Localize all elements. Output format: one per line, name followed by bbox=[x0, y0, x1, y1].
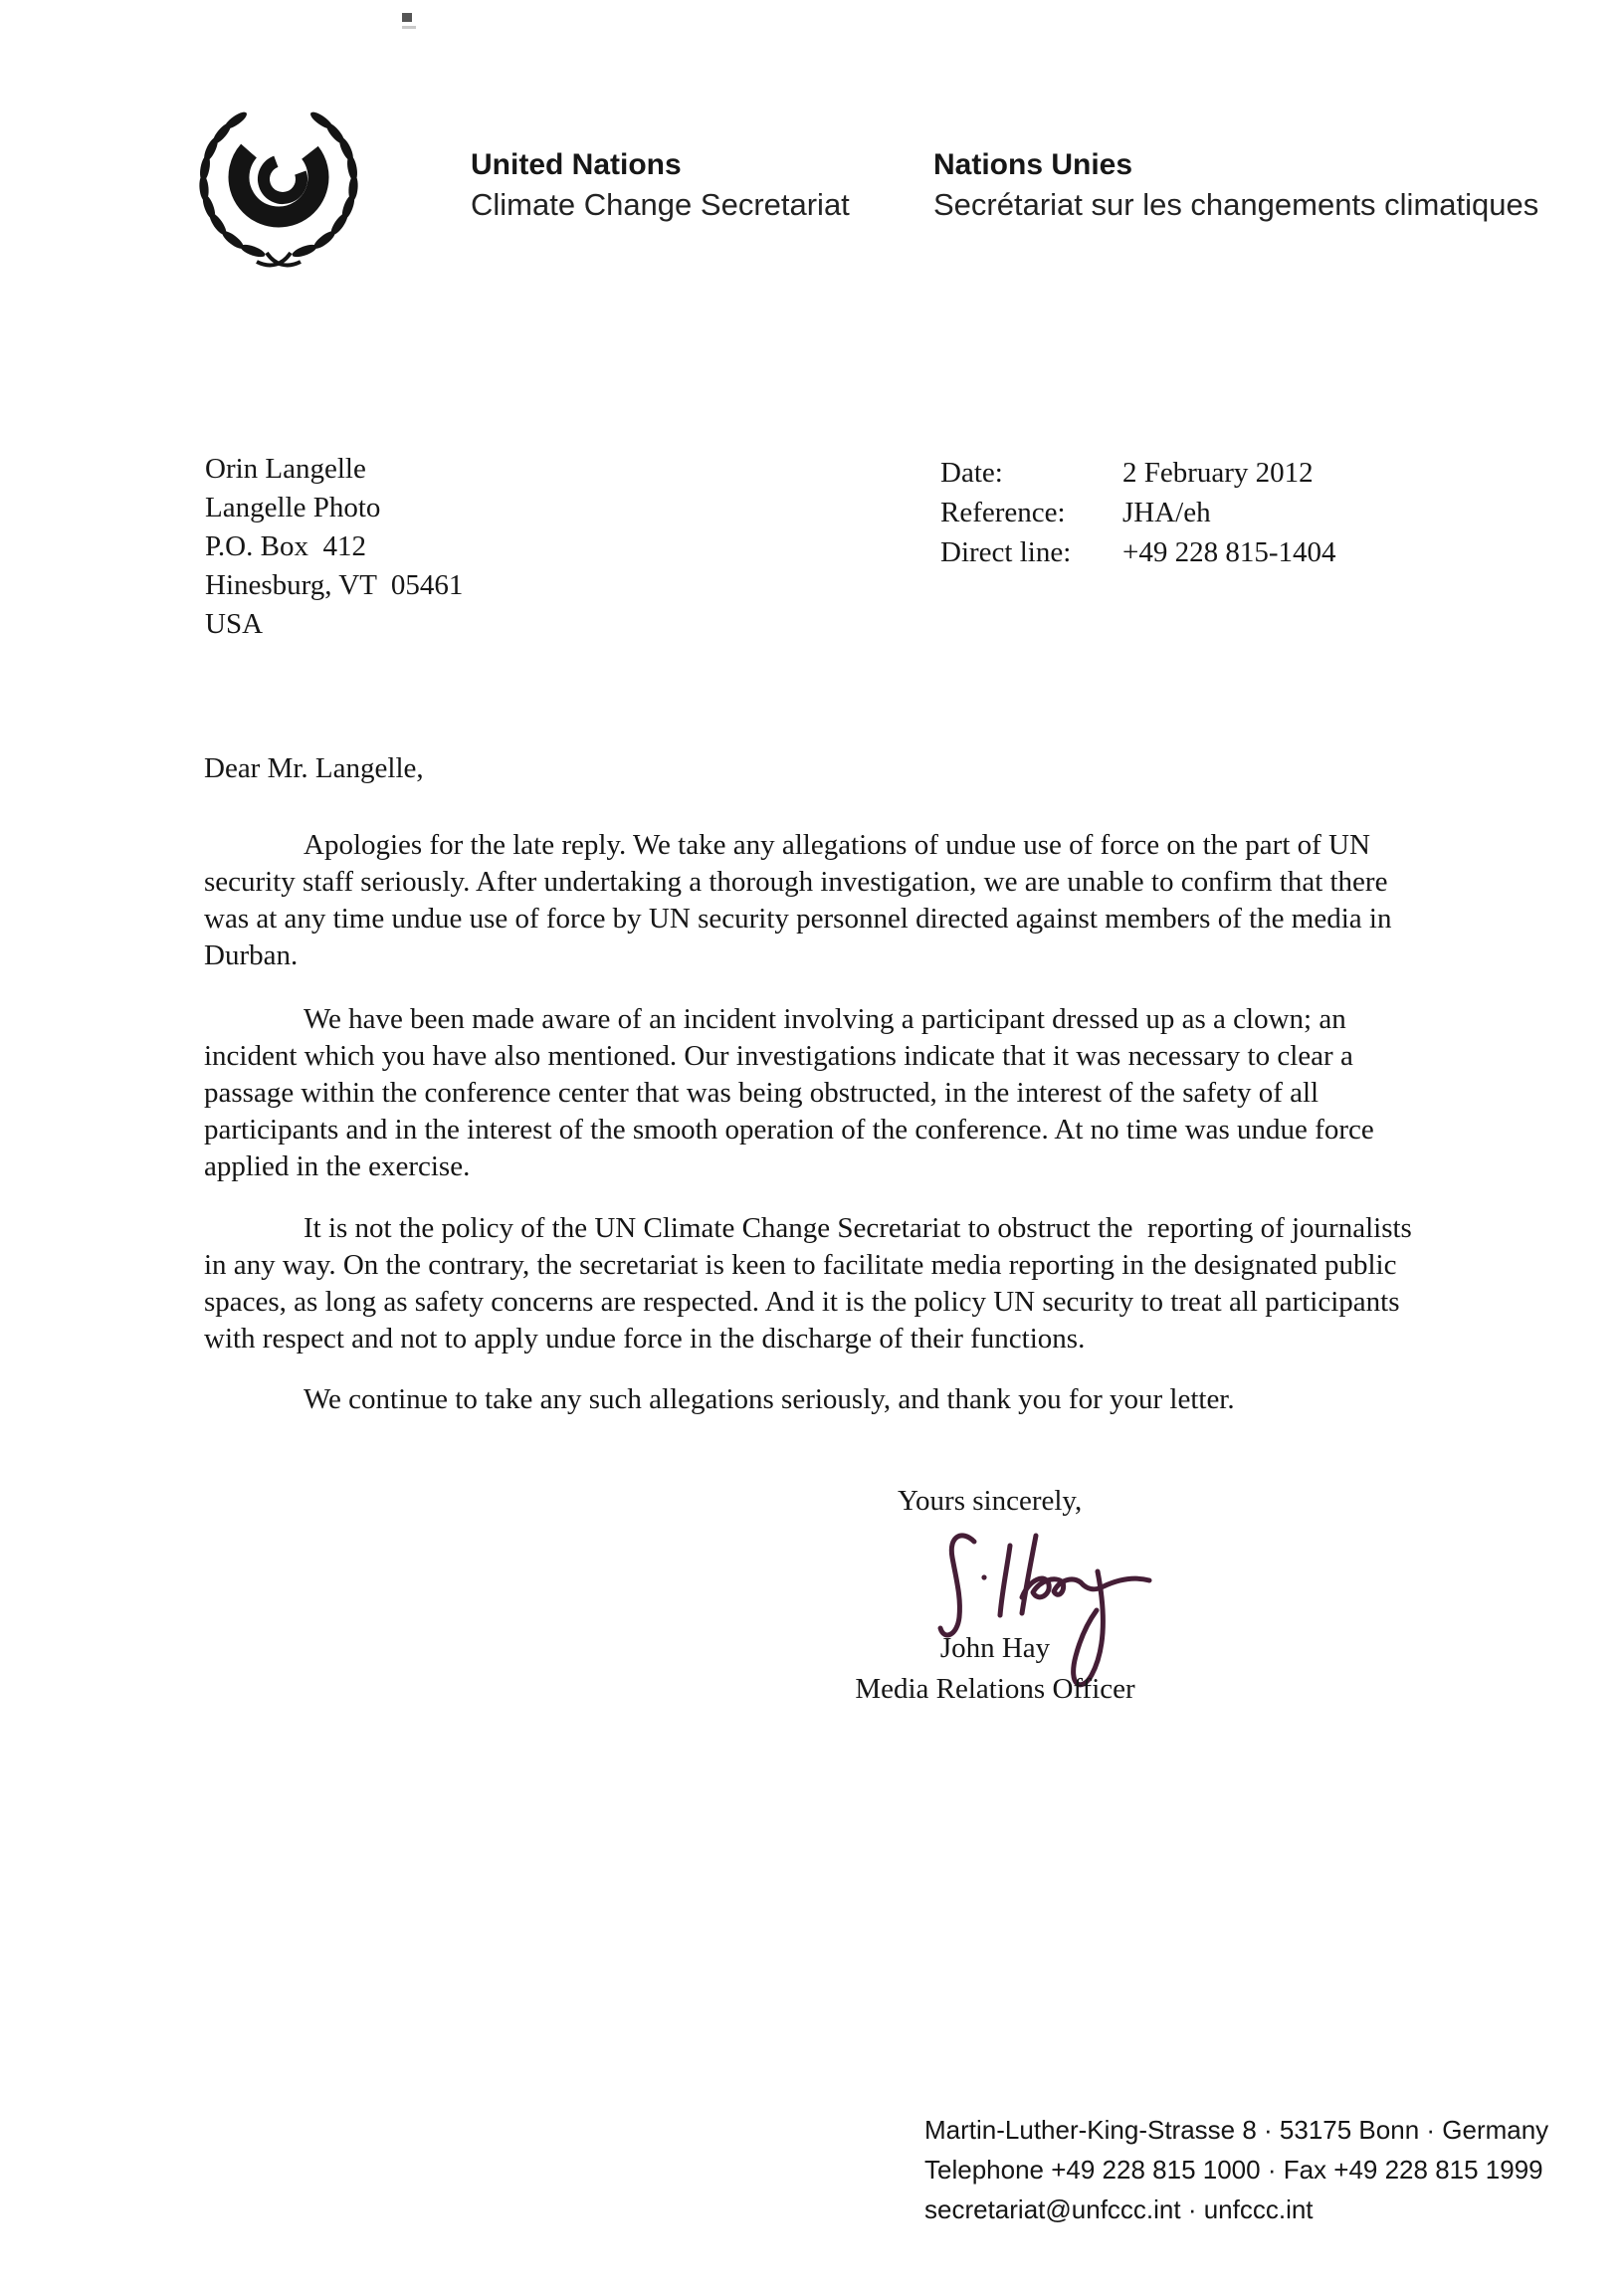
closing: Yours sincerely, bbox=[898, 1483, 1082, 1520]
meta-row-direct-line: Direct line: +49 228 815-1404 bbox=[940, 532, 1336, 572]
org-dept-fr: Secrétariat sur les changements climatiq… bbox=[933, 185, 1538, 225]
date-value: 2 February 2012 bbox=[1122, 453, 1314, 493]
scan-artifact bbox=[402, 26, 416, 29]
recipient-address: Orin Langelle Langelle Photo P.O. Box 41… bbox=[205, 450, 463, 644]
header-french: Nations Unies Secrétariat sur les change… bbox=[933, 145, 1538, 225]
letter-page: United Nations Climate Change Secretaria… bbox=[0, 0, 1624, 2293]
scan-artifact bbox=[402, 13, 412, 22]
signer-name: John Hay bbox=[697, 1628, 1294, 1669]
meta-block: Date: 2 February 2012 Reference: JHA/eh … bbox=[940, 453, 1336, 572]
signature-block: John Hay Media Relations Officer bbox=[697, 1628, 1294, 1710]
body-paragraph-4: We continue to take any such allegations… bbox=[204, 1381, 1513, 1418]
signer-title: Media Relations Officer bbox=[697, 1669, 1294, 1710]
unfccc-logo bbox=[187, 105, 370, 271]
meta-row-reference: Reference: JHA/eh bbox=[940, 493, 1336, 532]
date-label: Date: bbox=[940, 453, 1122, 493]
header-english: United Nations Climate Change Secretaria… bbox=[471, 145, 850, 225]
direct-line-label: Direct line: bbox=[940, 532, 1122, 572]
footer-contact: Martin-Luther-King-Strasse 8 · 53175 Bon… bbox=[924, 2110, 1548, 2229]
org-dept-en: Climate Change Secretariat bbox=[471, 185, 850, 225]
direct-line-value: +49 228 815-1404 bbox=[1122, 532, 1336, 572]
un-wreath-cc-icon bbox=[187, 105, 370, 271]
org-name-en: United Nations bbox=[471, 145, 850, 185]
reference-label: Reference: bbox=[940, 493, 1122, 532]
org-name-fr: Nations Unies bbox=[933, 145, 1538, 185]
salutation: Dear Mr. Langelle, bbox=[204, 750, 424, 787]
reference-value: JHA/eh bbox=[1122, 493, 1211, 532]
body-paragraph-2: We have been made aware of an incident i… bbox=[204, 1001, 1513, 1185]
body-paragraph-1: Apologies for the late reply. We take an… bbox=[204, 827, 1513, 974]
body-paragraph-3: It is not the policy of the UN Climate C… bbox=[204, 1210, 1513, 1357]
meta-row-date: Date: 2 February 2012 bbox=[940, 453, 1336, 493]
